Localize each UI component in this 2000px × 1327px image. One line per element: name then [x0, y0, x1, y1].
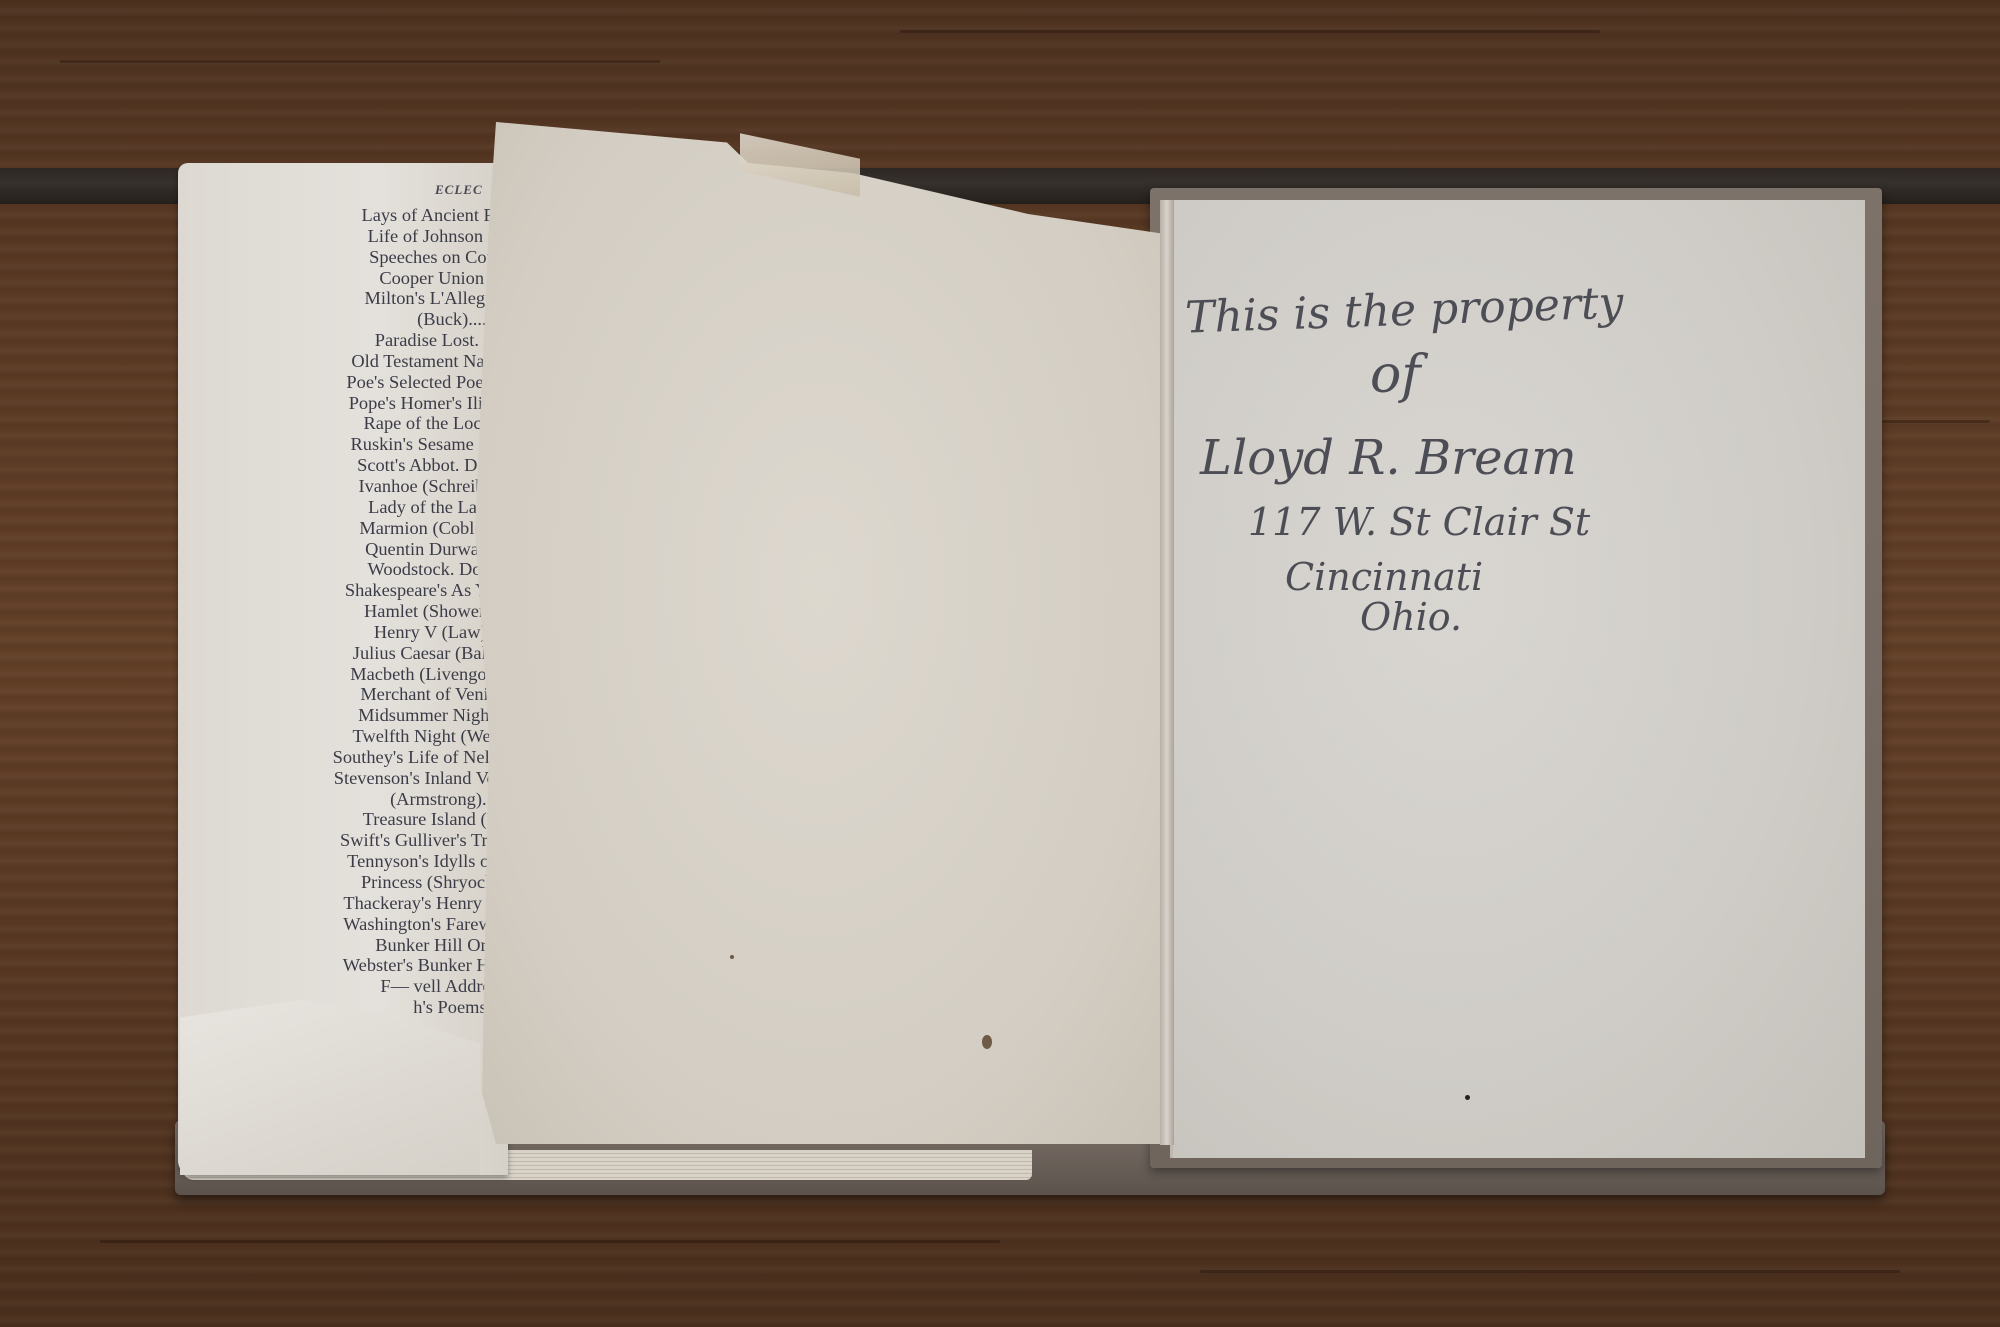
list-item: Swift's Gulliver's Trav	[200, 830, 505, 851]
list-item: Merchant of Venice	[200, 684, 505, 705]
list-item: Hamlet (Shower)...	[200, 601, 505, 622]
wood-grain	[1200, 1270, 1900, 1273]
list-item: Washington's Farewel	[200, 914, 505, 935]
list-item: Pope's Homer's Iliad.	[200, 393, 505, 414]
page-header: ECLEC	[435, 182, 483, 198]
list-item: Tennyson's Idylls of t	[200, 851, 505, 872]
list-item: Stevenson's Inland Voy	[200, 768, 505, 789]
list-item: Ruskin's Sesame and	[200, 434, 505, 455]
list-item: Princess (Shryock).	[200, 872, 505, 893]
owner-state: Ohio.	[1360, 595, 1462, 639]
list-item: Paradise Lost. Bo	[200, 330, 505, 351]
torn-flyleaf-page	[468, 122, 1168, 1144]
list-item: Henry V (Law)....	[200, 622, 505, 643]
list-item: Webster's Bunker Hill	[200, 955, 505, 976]
endpaper-page	[1170, 200, 1865, 1158]
list-item: Twelfth Night (Weld	[200, 726, 505, 747]
list-item: Marmion (Coblentz	[200, 518, 505, 539]
owner-street-address: 117 W. St Clair St	[1248, 500, 1590, 544]
list-item: Rape of the Lock, :	[200, 413, 505, 434]
list-item: Southey's Life of Nelsc	[200, 747, 505, 768]
list-item: Ivanhoe (Schreiber)	[200, 476, 505, 497]
list-item: (Buck)........	[200, 309, 505, 330]
wood-grain	[1880, 420, 1990, 423]
list-item: Lays of Ancient Ro	[200, 205, 505, 226]
list-item: Treasure Island (Fa	[200, 809, 505, 830]
stain-spot	[730, 955, 734, 959]
list-item: Lady of the Lake (	[200, 497, 505, 518]
wood-grain	[100, 1240, 1000, 1243]
book-title-list: Lays of Ancient Ro Life of Johnson (L Sp…	[200, 205, 505, 1018]
owner-city: Cincinnati	[1285, 555, 1483, 599]
list-item: Milton's L'Allegro,	[200, 288, 505, 309]
stain-spot	[982, 1035, 992, 1049]
list-item: Julius Caesar (Baker	[200, 643, 505, 664]
list-item: Woodstock. Doubl	[200, 559, 505, 580]
list-item: Shakespeare's As You	[200, 580, 505, 601]
wood-grain	[900, 30, 1600, 33]
list-item: Midsummer Night's	[200, 705, 505, 726]
list-item: Old Testament Narra	[200, 351, 505, 372]
list-item: Poe's Selected Poems	[200, 372, 505, 393]
book-gutter	[1160, 200, 1174, 1145]
list-item: F— vell Address	[200, 976, 505, 997]
stain-spot	[1465, 1095, 1470, 1100]
inscription-line: of	[1370, 345, 1421, 405]
owner-name: Lloyd R. Bream	[1200, 430, 1577, 486]
list-item: Speeches on Copy	[200, 247, 505, 268]
list-item: Cooper Union (P	[200, 268, 505, 289]
list-item: Macbeth (Livengood	[200, 664, 505, 685]
list-item: Thackeray's Henry Es	[200, 893, 505, 914]
list-item: Quentin Durward (	[200, 539, 505, 560]
list-item: Life of Johnson (L	[200, 226, 505, 247]
wood-grain	[60, 60, 660, 63]
list-item: Bunker Hill Orati	[200, 935, 505, 956]
list-item: Scott's Abbot. Doub	[200, 455, 505, 476]
list-item: (Armstrong).....	[200, 789, 505, 810]
